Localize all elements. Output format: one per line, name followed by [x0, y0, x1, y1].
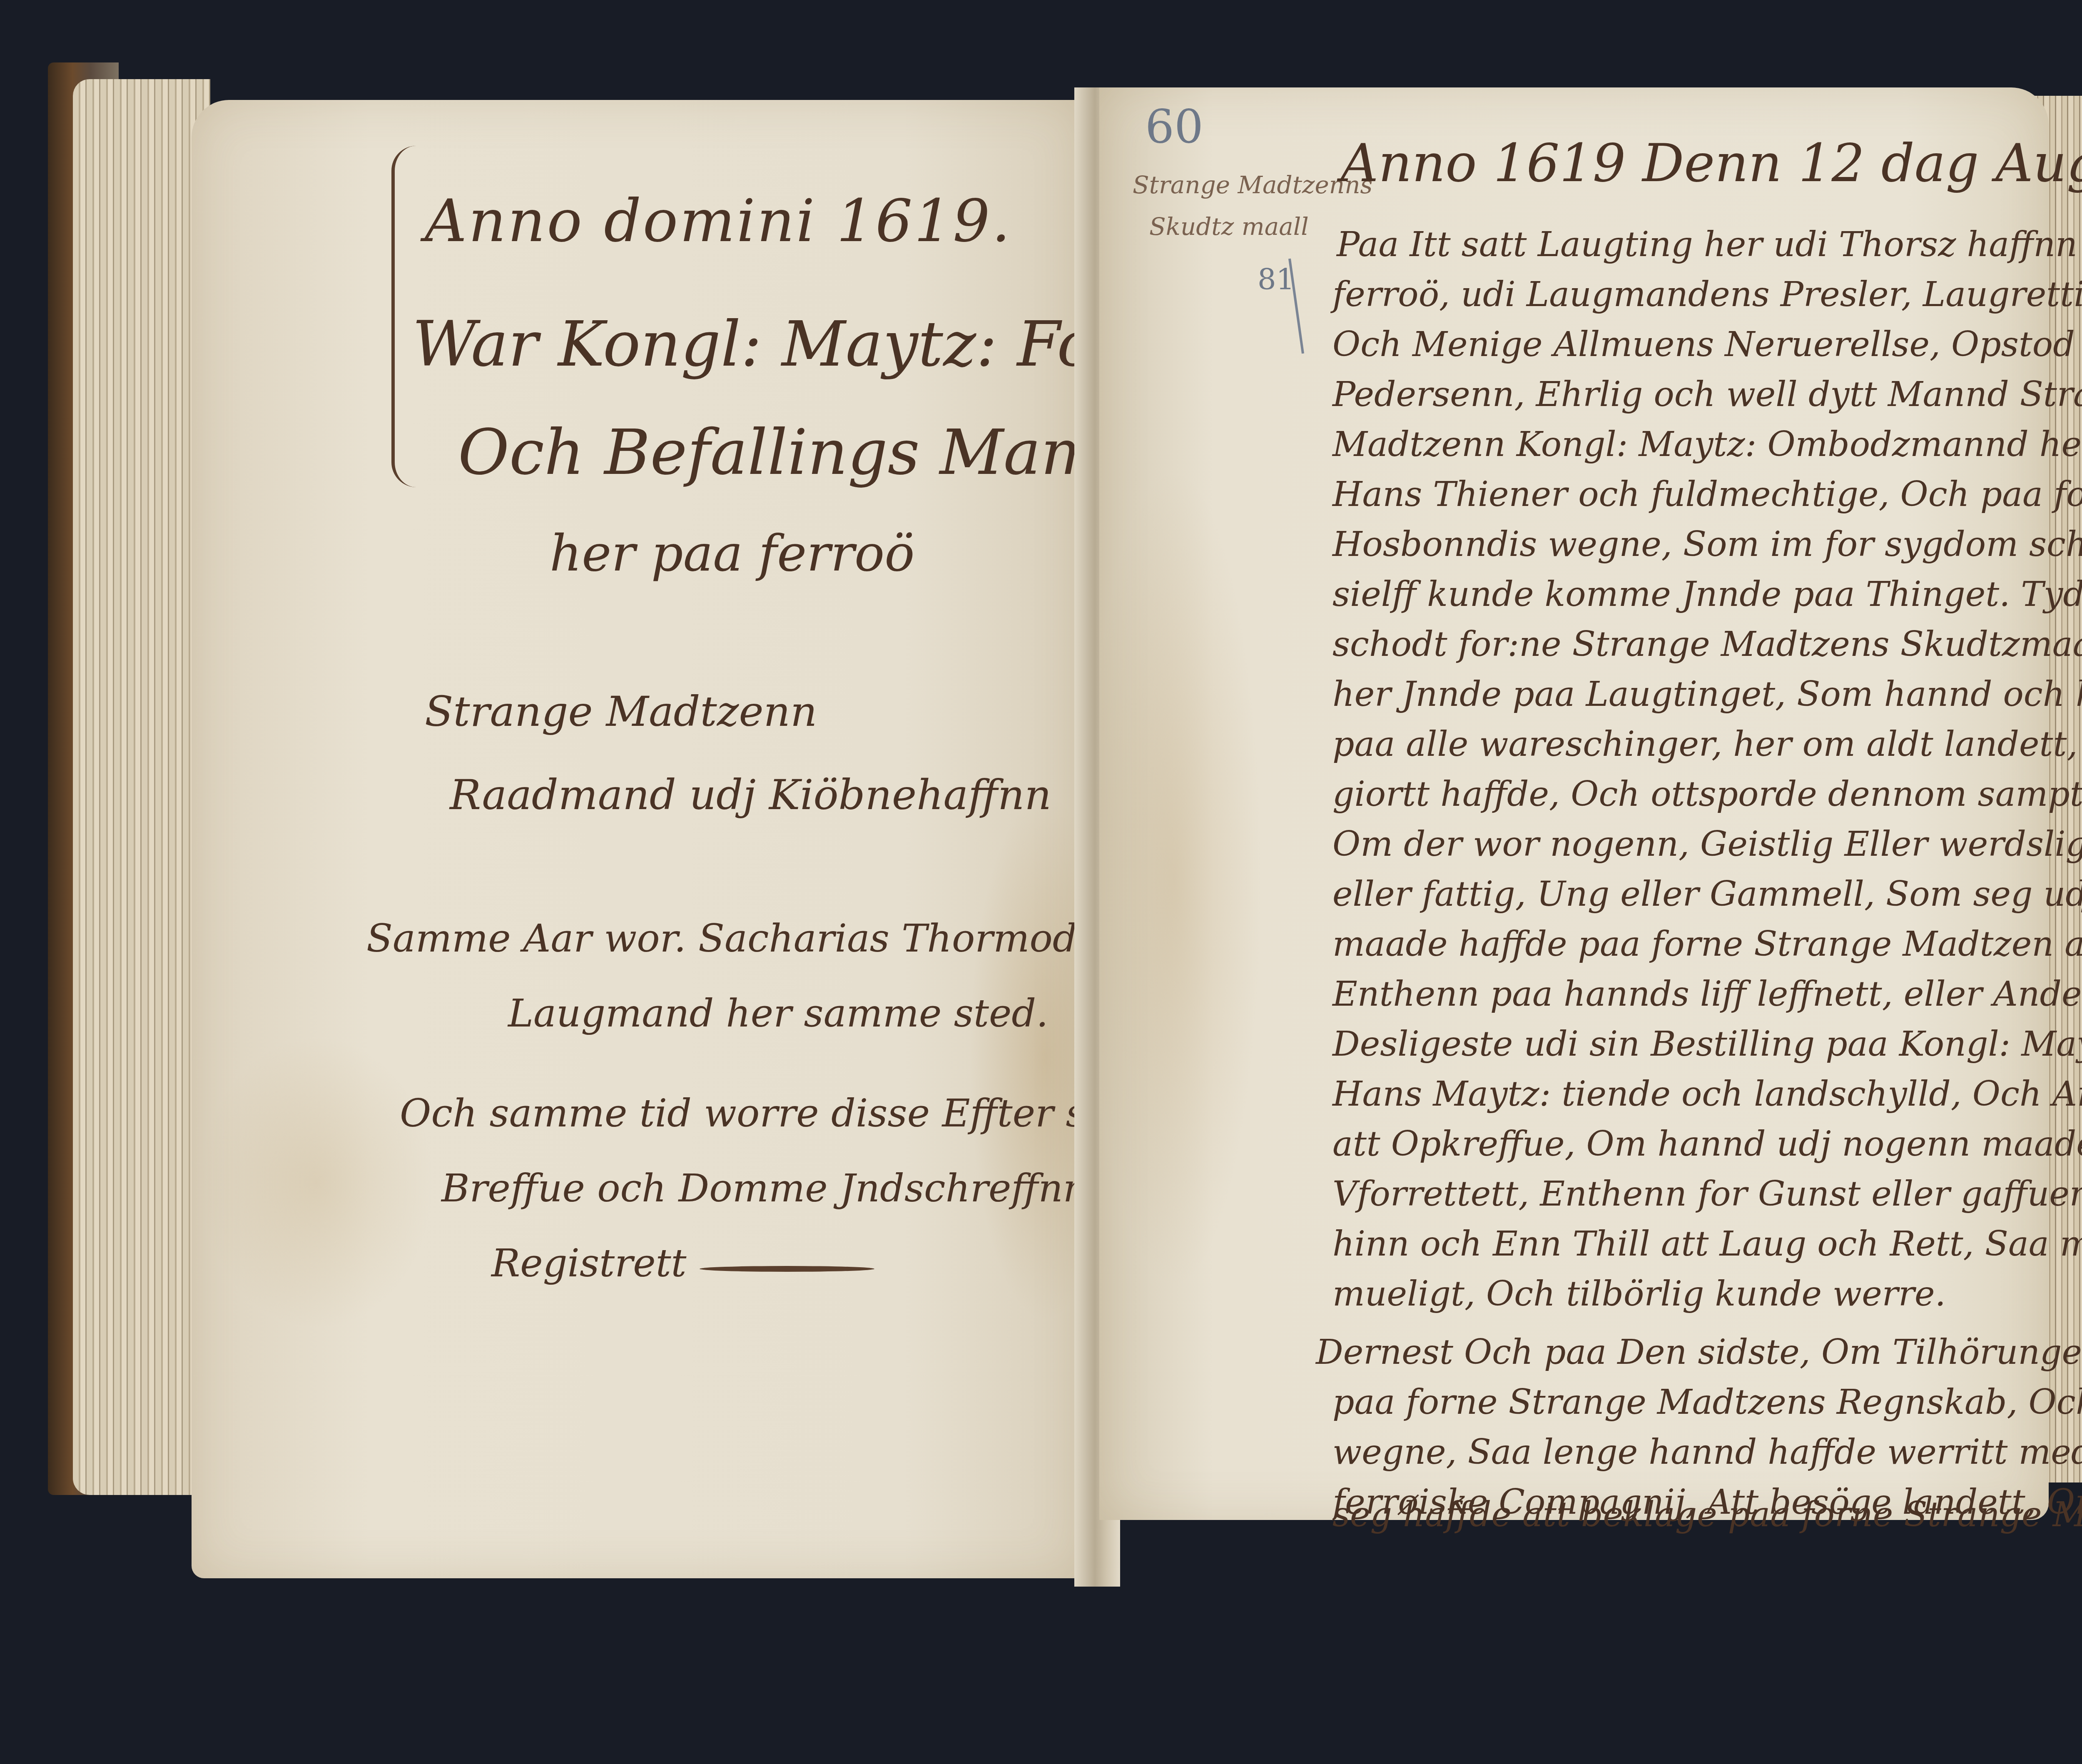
text-line: Hosbonndis wegne, Som im for sygdom schy… — [1332, 525, 2082, 564]
text-line: mueligt, Och tilbörlig kunde werre. — [1332, 1274, 1946, 1314]
text-line: Dernest Och paa Den sidste, Om Tilhörung… — [1316, 1333, 2082, 1372]
text-line: ferroö, udi Laugmandens Presler, Laugret… — [1332, 275, 2082, 314]
text-line: schodt for:ne Strange Madtzens Skudtzmaa… — [1332, 625, 2082, 664]
text-line: Desligeste udi sin Bestilling paa Kongl:… — [1332, 1024, 2082, 1064]
left-title-line-3: her paa ferroö — [550, 525, 915, 583]
paragraph-1-line-2: Laugmand her samme sted. — [508, 991, 1048, 1036]
text-line: wegne, Saa lenge hannd haffde werritt me… — [1332, 1433, 2082, 1472]
page-edges-left — [73, 79, 210, 1495]
pencil-mark: 81 — [1258, 262, 1295, 296]
text-line: maade haffde paa forne Strange Madtzen a… — [1332, 924, 2082, 964]
text-line: Pedersenn, Ehrlig och well dytt Mannd St… — [1332, 375, 2082, 414]
paragraph-1-line-1: Samme Aar wor. Sacharias Thormodssenn — [366, 916, 1188, 961]
text-line: Enthenn paa hannds liff leffnett, eller … — [1332, 974, 2082, 1014]
right-page: 60 Strange Madtzenns Skudtz maall 81 Ann… — [1099, 87, 2049, 1520]
paragraph-2-line-3: Registrett — [491, 1241, 687, 1286]
text-line: sielff kunde komme Jnnde paa Thinget. Ty… — [1332, 575, 2082, 614]
text-line: Hans Maytz: tiende och landschylld, Och … — [1332, 1074, 2082, 1114]
text-line: hinn och Enn Thill att Laug och Rett, Sa… — [1332, 1224, 2082, 1264]
text-line-last: seg haffde att beklage paa forne Strange… — [1332, 1495, 2082, 1535]
text-line: Paa Itt satt Laugting her udi Thorsz haf… — [1337, 225, 2082, 264]
open-manuscript-book: Anno domini 1619. War Kongl: Maytz: Foug… — [0, 0, 2082, 1764]
text-line: paa alle wareschinger, her om aldt lande… — [1332, 725, 2082, 764]
pencil-stroke — [1288, 259, 1304, 354]
text-line: Om der wor nogenn, Geistlig Eller werdsl… — [1332, 825, 2082, 864]
official-name-line-1: Strange Madtzenn — [425, 687, 817, 736]
margin-note-line-1: Strange Madtzenns — [1133, 171, 1372, 199]
ending-flourish — [700, 1266, 874, 1272]
official-name-line-2: Raadmand udj Kiöbnehaffnn — [450, 770, 1051, 819]
left-page-heading: Anno domini 1619. — [425, 187, 1012, 255]
folio-number: 60 — [1145, 100, 1203, 153]
text-line: eller fattig, Ung eller Gammell, Som seg… — [1332, 875, 2082, 914]
right-page-heading: Anno 1619 Denn 12 dag Augusti. — [1341, 133, 2082, 194]
text-line: Hans Thiener och fuldmechtige, Och paa f… — [1332, 475, 2082, 514]
left-title-line-2: Och Befallings Mamd — [458, 416, 1140, 489]
text-line: Och Menige Allmuens Neruerellse, Opstod … — [1332, 325, 2082, 364]
text-line: her Jnnde paa Laugtinget, Som hannd och … — [1332, 675, 2082, 714]
text-line: Madtzenn Kongl: Maytz: Ombodzmannd her p… — [1332, 425, 2082, 464]
text-line: att Opkreffue, Om hannd udj nogenn maade… — [1332, 1124, 2082, 1164]
text-line: Vforrettett, Enthenn for Gunst eller gaf… — [1332, 1174, 2082, 1214]
text-line: paa forne Strange Madtzens Regnskab, Och… — [1332, 1383, 2082, 1422]
margin-note-line-2: Skudtz maall — [1149, 212, 1309, 241]
left-page: Anno domini 1619. War Kongl: Maytz: Foug… — [192, 100, 1083, 1578]
text-line: giortt haffde, Och ottsporde dennom samp… — [1332, 775, 2082, 814]
